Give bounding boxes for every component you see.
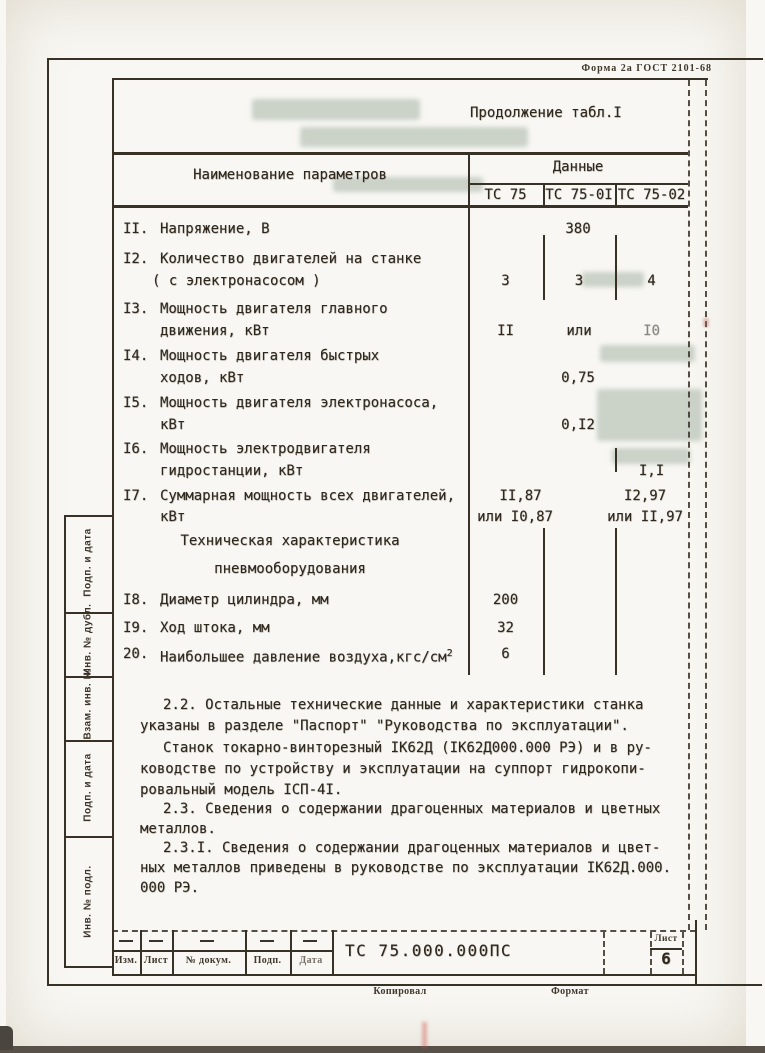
row-label: Мощность двигателя главного (160, 300, 388, 318)
stamp-col-izm: Изм. (112, 955, 140, 966)
table-subcol-stroke (543, 528, 545, 675)
margin-label-podp-data-2: Подп. и дата (83, 740, 94, 836)
margin-cell-line (64, 966, 112, 968)
table-header-data: Данные (468, 158, 688, 176)
stamp-row-divider (112, 950, 332, 952)
table-subcol-stroke (615, 528, 617, 675)
document-number: ТС 75.000.000ПС (345, 942, 512, 960)
superscript-2: 2 (447, 648, 453, 659)
red-ink-smudge (422, 1022, 427, 1048)
row-number: 20. (123, 645, 148, 663)
row-label: Мощность двигателя быстрых (160, 347, 379, 365)
paragraph-2-2-line: 2.2. Остальные технические данные и хара… (163, 696, 643, 714)
table-subcol-stroke (543, 235, 545, 300)
margin-cell-line (64, 836, 112, 838)
stamp-col-line (603, 932, 605, 974)
row-label-2: ( с электронасосом ) (152, 272, 321, 290)
row-label: Количество двигателей на станке (160, 250, 421, 268)
margin-label-vzam-inv: Взам. инв. № (83, 676, 94, 740)
stamp-dash (149, 940, 163, 942)
stamp-dash (303, 940, 317, 942)
row-label: Ход штока, мм (160, 619, 270, 637)
row-number: I7. (123, 487, 148, 505)
stamp-col-line (332, 930, 334, 974)
format-label: Формат (535, 986, 605, 997)
stamp-dash (200, 940, 214, 942)
stamp-col-line (172, 930, 174, 974)
paragraph-2-3-line: металлов. (140, 820, 216, 838)
row-number: II. (123, 220, 148, 238)
section-heading-line1: Техническая характеристика (112, 532, 468, 550)
inner-frame-right (688, 80, 690, 930)
stamp-col-line (245, 930, 247, 974)
row-value: I,I (615, 462, 688, 480)
row-label-2: кВт (160, 416, 185, 434)
frame-right-outer-dashed (705, 80, 707, 930)
paragraph-2-3-1-line: ных металлов приведены в руководстве по … (140, 859, 671, 877)
row-label-2: кВт (160, 508, 185, 526)
table-header-divider (468, 183, 688, 185)
row-value: 0,75 (468, 369, 688, 387)
row-value: или I0,87 (455, 508, 575, 526)
table-header-bottom (112, 205, 688, 208)
margin-label-inv-podl: Инв. № подл. (83, 842, 94, 962)
stamp-bottom-border (112, 974, 696, 976)
row-value: 32 (468, 619, 543, 637)
row-value: II,87 (468, 487, 573, 505)
row-value: или (543, 322, 615, 340)
stamp-col-list: Лист (140, 955, 172, 966)
inner-frame-left (112, 78, 114, 974)
stamp-col-line (290, 930, 292, 974)
section-heading-line2: пневмооборудования (112, 560, 468, 578)
row-label-text: Наибольшее давление воздуха,кгс/см (160, 650, 447, 666)
row-value: 200 (468, 591, 543, 609)
sheet-number: 6 (650, 950, 682, 968)
row-label: Мощность электродвигателя (160, 440, 371, 458)
row-number: I5. (123, 394, 148, 412)
red-ink-dot (703, 318, 709, 327)
row-label: Наибольшее давление воздуха,кгс/см2 (160, 645, 453, 667)
table-header-name: Наименование параметров (112, 166, 468, 184)
paragraph-2-2-line: указаны в разделе "Паспорт" "Руководства… (140, 717, 629, 735)
margin-label-podp-data-1: Подп. и дата (83, 515, 94, 611)
row-label-2: движения, кВт (160, 322, 270, 340)
row-label: Напряжение, В (160, 220, 270, 238)
stamp-dash (260, 940, 274, 942)
row-value: I2,97 (605, 487, 685, 505)
paragraph-2-3-1-line: 000 РЭ. (140, 879, 199, 897)
bleed-through-artifact (300, 127, 528, 147)
inner-frame-top (112, 78, 708, 80)
row-number: I9. (123, 619, 148, 637)
row-value: II (468, 322, 543, 340)
table-subheader-tc75-01: ТС 75-0I (543, 186, 615, 204)
row-value: 3 (543, 272, 615, 290)
table-subcol-stroke (615, 235, 617, 300)
stamp-top-border (112, 930, 696, 932)
row-label-2: ходов, кВт (160, 369, 244, 387)
stamp-right-edge (695, 920, 697, 984)
scan-bottom-edge (0, 1046, 765, 1053)
row-value: 6 (468, 645, 543, 663)
paragraph-lathe-line: ровальный модель IСП-4I. (140, 781, 342, 799)
form-note: Форма 2а ГОСТ 2101-68 (490, 63, 712, 74)
table-top-border (112, 152, 688, 155)
bleed-through-artifact (252, 99, 420, 120)
row-value: или II,97 (595, 508, 695, 526)
paragraph-lathe-line: ководстве по устройству и эксплуатации н… (140, 760, 646, 778)
bleed-through-artifact (600, 345, 695, 362)
stamp-col-line (140, 930, 142, 974)
copied-label: Копировал (360, 986, 440, 997)
row-number: I4. (123, 347, 148, 365)
row-value: 380 (468, 220, 688, 238)
stamp-dash (119, 940, 133, 942)
paragraph-lathe-line: Станок токарно-винторезный IК62Д (IК62Д0… (163, 739, 652, 757)
row-number: I2. (123, 250, 148, 268)
paragraph-2-3-line: 2.3. Сведения о содержании драгоценных м… (163, 800, 660, 818)
row-label-2: гидростанции, кВт (160, 462, 303, 480)
sheet-label: Лист (650, 934, 682, 944)
row-number: I3. (123, 300, 148, 318)
scan-corner-shadow (0, 1026, 13, 1050)
table-subheader-tc75-02: ТС 75-02 (615, 186, 688, 204)
scanned-document-page: Форма 2а ГОСТ 2101-68 Продолжение табл.I… (0, 0, 765, 1053)
row-value: 3 (468, 272, 543, 290)
row-value: 0,I2 (468, 416, 688, 434)
outer-frame-left (47, 58, 49, 986)
row-label: Суммарная мощность всех двигателей, (160, 487, 455, 505)
paragraph-2-3-1-line: 2.3.I. Сведения о содержании драгоценных… (163, 839, 660, 857)
row-label: Диаметр цилиндра, мм (160, 591, 329, 609)
stamp-col-docnum: № докум. (172, 955, 245, 966)
outer-frame-top (47, 58, 763, 60)
row-number: I8. (123, 591, 148, 609)
row-value: 4 (615, 272, 688, 290)
margin-label-inv-dubl: Инв. № дубл. (83, 612, 94, 676)
sheet-box-right (682, 932, 684, 974)
continuation-title: Продолжение табл.I (470, 104, 622, 122)
row-value: I0 (615, 322, 688, 340)
stamp-col-data: Дата (290, 955, 332, 966)
row-label: Мощность двигателя электронасоса, (160, 394, 438, 412)
row-number: I6. (123, 440, 148, 458)
table-subheader-tc75: ТС 75 (468, 186, 543, 204)
stamp-col-podp: Подп. (245, 955, 290, 966)
